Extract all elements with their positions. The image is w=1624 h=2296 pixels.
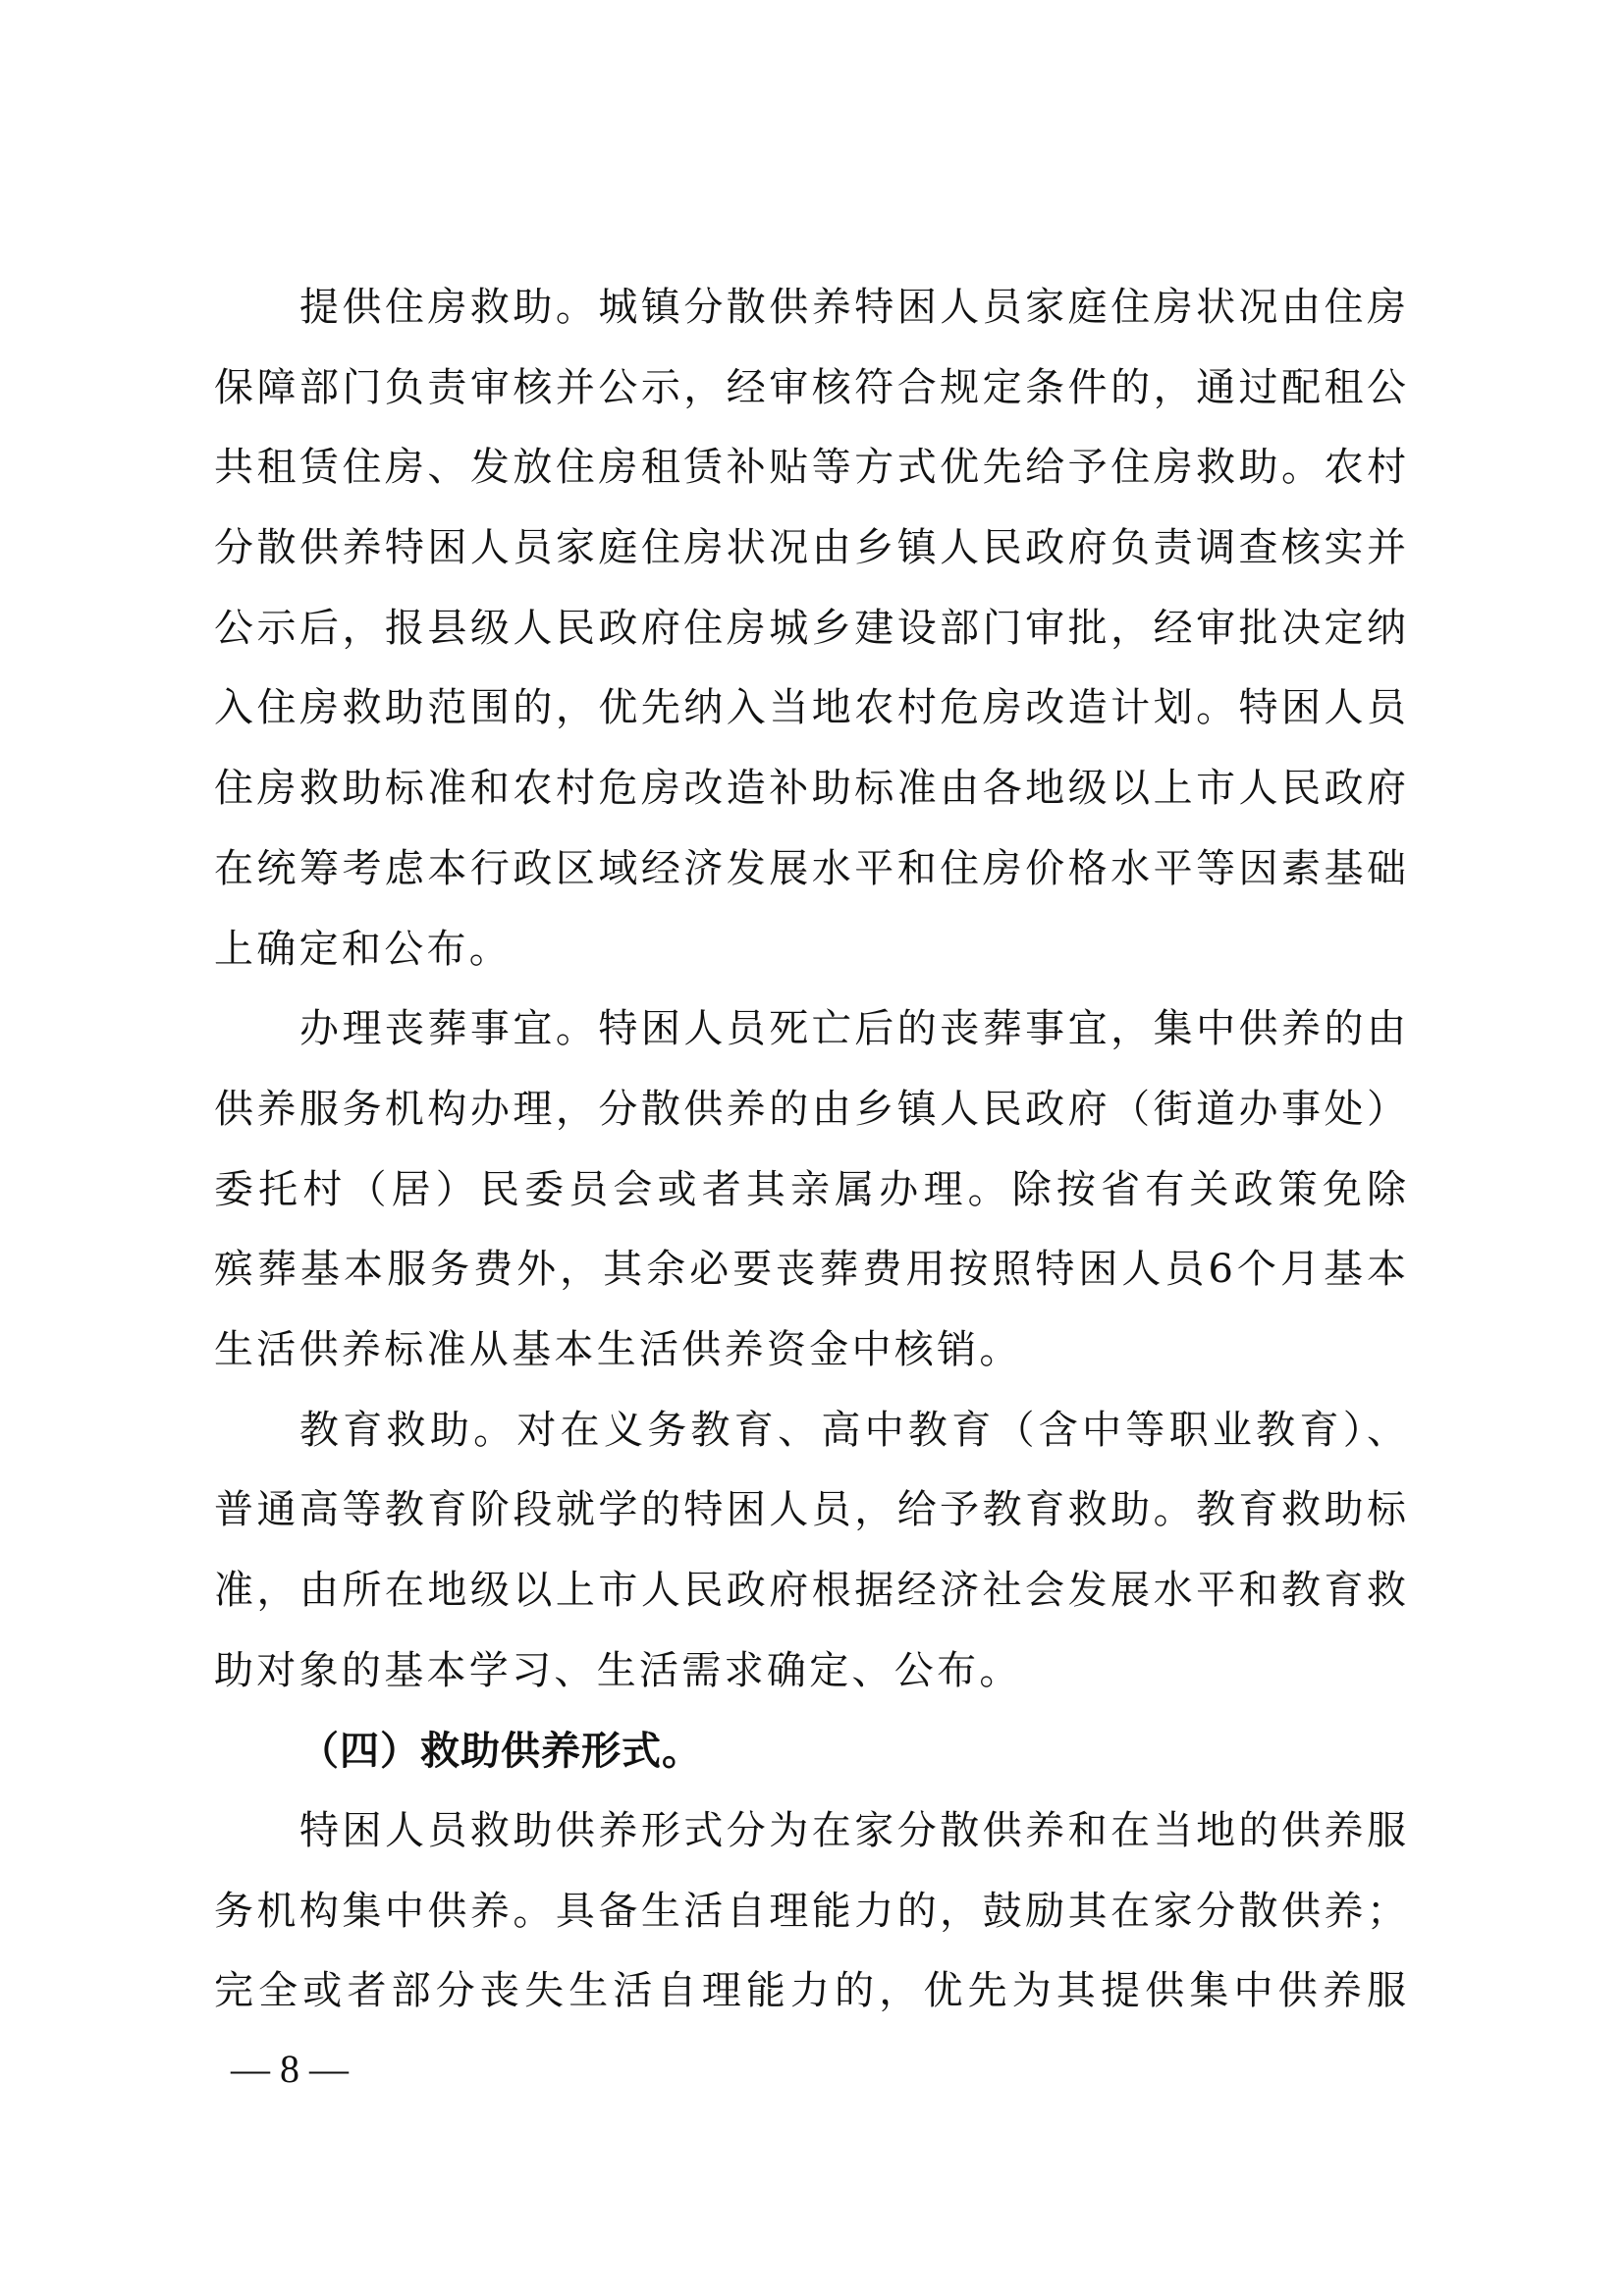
paragraph-education-assistance: 教育救助。对在义务教育、高中教育（含中等职业教育）、 普通高等教育阶段就学的特困… [214, 1391, 1406, 1712]
text-line: 分散供养特困人员家庭住房状况由乡镇人民政府负责调查核实并 [214, 508, 1406, 589]
text-line: 教育救助。对在义务教育、高中教育（含中等职业教育）、 [214, 1391, 1406, 1471]
text-line: 共租赁住房、发放住房租赁补贴等方式优先给予住房救助。农村 [214, 428, 1406, 508]
page-number: — 8 — [231, 2046, 349, 2093]
paragraph-funeral-affairs: 办理丧葬事宜。特困人员死亡后的丧葬事宜，集中供养的由 供养服务机构办理，分散供养… [214, 989, 1406, 1390]
text-line: 提供住房救助。城镇分散供养特困人员家庭住房状况由住房 [214, 268, 1406, 348]
document-page: 提供住房救助。城镇分散供养特困人员家庭住房状况由住房 保障部门负责审核并公示，经… [0, 0, 1624, 2296]
text-line: 入住房救助范围的，优先纳入当地农村危房改造计划。特困人员 [214, 668, 1406, 749]
text-line: 助对象的基本学习、生活需求确定、公布。 [214, 1631, 1406, 1712]
section-heading: （四）救助供养形式。 [214, 1711, 1406, 1791]
text-line: 公示后，报县级人民政府住房城乡建设部门审批，经审批决定纳 [214, 589, 1406, 669]
text-line: 普通高等教育阶段就学的特困人员，给予教育救助。教育救助标 [214, 1470, 1406, 1551]
text-line: 生活供养标准从基本生活供养资金中核销。 [214, 1310, 1406, 1391]
text-line: 委托村（居）民委员会或者其亲属办理。除按省有关政策免除 [214, 1150, 1406, 1231]
body-text: 提供住房救助。城镇分散供养特困人员家庭住房状况由住房 保障部门负责审核并公示，经… [214, 268, 1406, 2032]
text-line: 准，由所在地级以上市人民政府根据经济社会发展水平和教育救 [214, 1551, 1406, 1631]
paragraph-housing-assistance: 提供住房救助。城镇分散供养特困人员家庭住房状况由住房 保障部门负责审核并公示，经… [214, 268, 1406, 989]
paragraph-support-forms: 特困人员救助供养形式分为在家分散供养和在当地的供养服 务机构集中供养。具备生活自… [214, 1791, 1406, 2032]
text-line: 务机构集中供养。具备生活自理能力的，鼓励其在家分散供养； [214, 1872, 1406, 1952]
text-line: 在统筹考虑本行政区域经济发展水平和住房价格水平等因素基础 [214, 829, 1406, 910]
text-line: 殡葬基本服务费外，其余必要丧葬费用按照特困人员6个月基本 [214, 1230, 1406, 1310]
section-heading-text: （四）救助供养形式。 [214, 1711, 1406, 1791]
text-line: 保障部门负责审核并公示，经审核符合规定条件的，通过配租公 [214, 348, 1406, 429]
text-line: 办理丧葬事宜。特困人员死亡后的丧葬事宜，集中供养的由 [214, 989, 1406, 1070]
text-line: 完全或者部分丧失生活自理能力的，优先为其提供集中供养服 [214, 1951, 1406, 2032]
text-line: 上确定和公布。 [214, 910, 1406, 990]
text-line: 特困人员救助供养形式分为在家分散供养和在当地的供养服 [214, 1791, 1406, 1872]
text-line: 住房救助标准和农村危房改造补助标准由各地级以上市人民政府 [214, 749, 1406, 829]
text-line: 供养服务机构办理，分散供养的由乡镇人民政府（街道办事处） [214, 1070, 1406, 1150]
